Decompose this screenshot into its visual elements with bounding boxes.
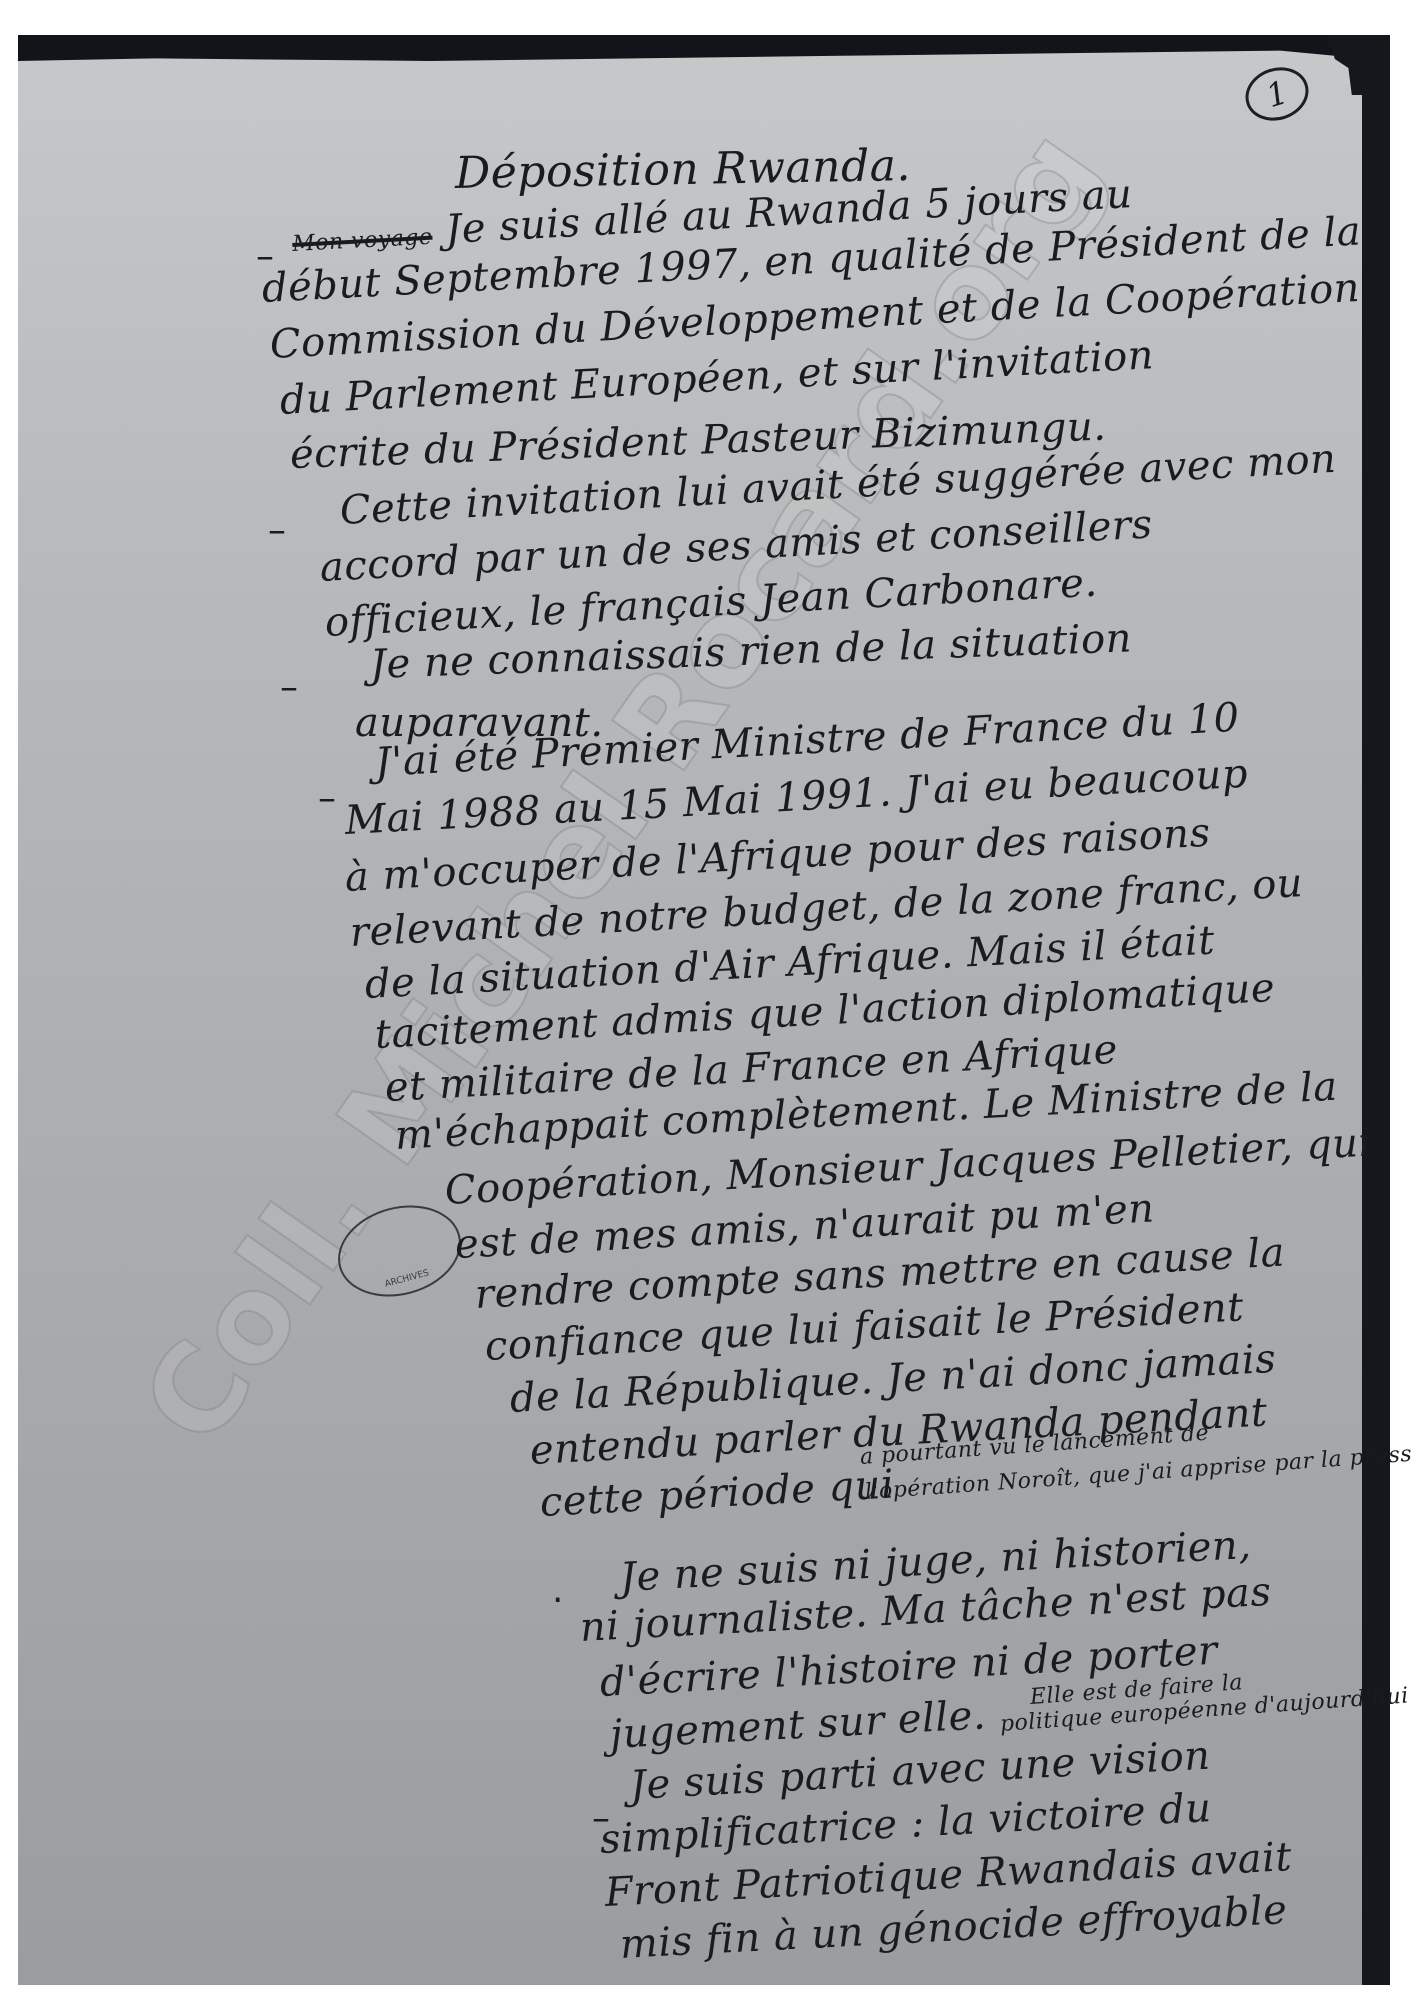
struck-text: Mon voyage	[292, 225, 433, 257]
bullet-dash: –	[318, 778, 336, 819]
scan-corner-shadow	[1328, 35, 1362, 95]
bullet-dash: ·	[552, 1580, 563, 1621]
stamp-text: ARCHIVES	[384, 1268, 430, 1289]
bullet-dash: –	[280, 667, 298, 708]
scan-top-border	[18, 35, 1390, 61]
bullet-dash: –	[268, 510, 286, 551]
